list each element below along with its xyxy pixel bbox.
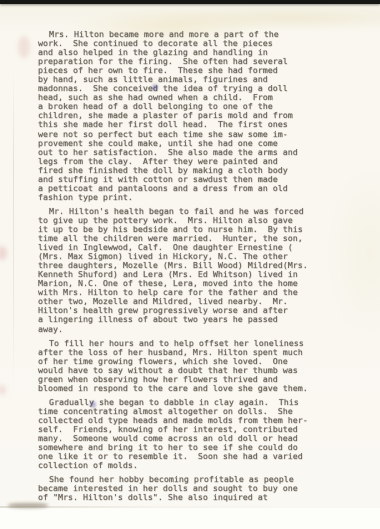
scanner-top-bar xyxy=(0,0,380,4)
ink-overtype-mark xyxy=(90,401,96,408)
text-line: bloomed in respond to the care and love … xyxy=(38,384,358,393)
stain-mark xyxy=(18,36,30,58)
paper-bottom-edge xyxy=(0,506,380,508)
paper-crease xyxy=(13,70,14,390)
ink-overtype-mark xyxy=(152,84,158,91)
paragraph: She found her hobby becoming profitable … xyxy=(38,475,358,502)
paragraph: Mr. Hilton's health began to fail and he… xyxy=(38,207,358,334)
text-block: Mrs. Hilton became more and more a part … xyxy=(38,30,358,502)
paragraph: Mrs. Hilton became more and more a part … xyxy=(38,30,358,202)
text-line: of "Mrs. Hilton's dolls". She also inqui… xyxy=(38,493,358,502)
text-line: a lingering illness of about two years h… xyxy=(38,315,358,324)
paragraph: To fill her hours and to help offset her… xyxy=(38,339,358,393)
text-line: collection of molds. xyxy=(38,461,358,470)
text-line: fashion type print. xyxy=(38,193,358,202)
paragraph: Gradually she began to dabble in clay ag… xyxy=(38,398,358,470)
stain-mark xyxy=(8,503,48,508)
text-line: away. xyxy=(38,325,358,334)
scanned-page: Mrs. Hilton became more and more a part … xyxy=(0,0,380,529)
